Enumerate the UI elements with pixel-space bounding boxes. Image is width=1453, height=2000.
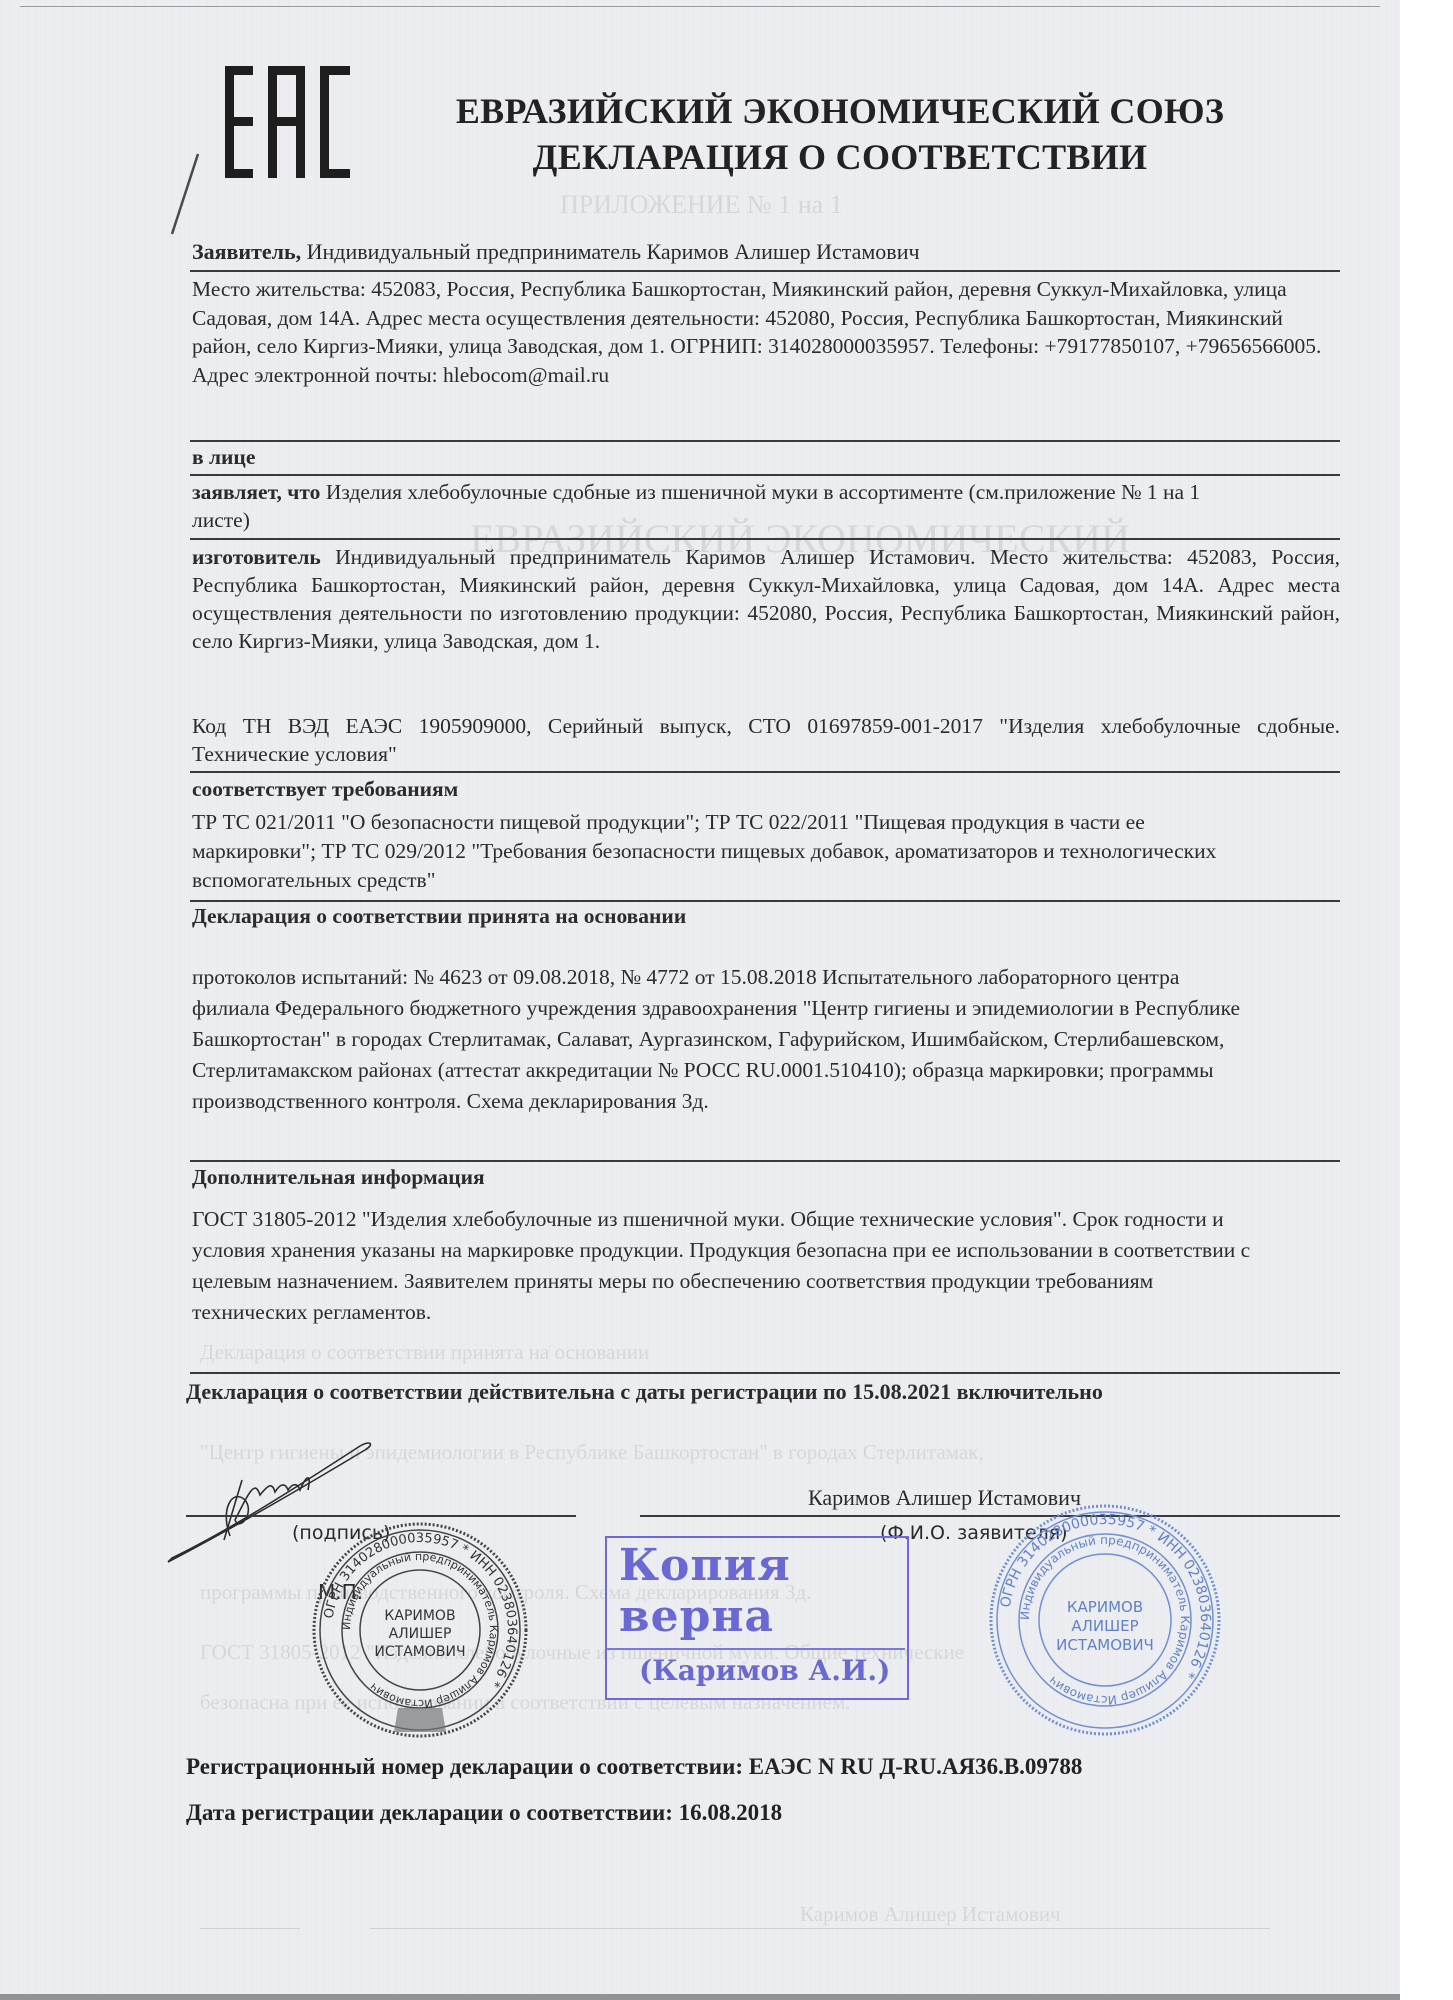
declares-row: заявляет, что Изделия хлебобулочные сдоб… — [192, 478, 1252, 534]
title-union: ЕВРАЗИЙСКИЙ ЭКОНОМИЧЕСКИЙ СОЮЗ — [420, 88, 1260, 134]
signature-line — [186, 1515, 576, 1517]
svg-text:КАРИМОВ: КАРИМОВ — [384, 1608, 455, 1624]
document-title: ЕВРАЗИЙСКИЙ ЭКОНОМИЧЕСКИЙ СОЮЗ ДЕКЛАРАЦИ… — [420, 88, 1260, 180]
company-seal-blue: ОГРН 314028000035957 * ИНН 023803640126 … — [985, 1500, 1225, 1740]
complies-value: ТР ТС 021/2011 "О безопасности пищевой п… — [192, 808, 1252, 895]
manufacturer-code: Код ТН ВЭД ЕАЭС 1905909000, Серийный вып… — [192, 712, 1340, 768]
manufacturer-label: изготовитель — [192, 545, 321, 569]
applicant-address-text: Место жительства: 452083, Россия, Респуб… — [192, 275, 1340, 361]
applicant-email: Адрес электронной почты: hlebocom@mail.r… — [192, 361, 1340, 390]
basis-value: протоколов испытаний: № 4623 от 09.08.20… — [192, 962, 1252, 1117]
additional-label: Дополнительная информация — [192, 1163, 1340, 1191]
manufacturer-value: Индивидуальный предприниматель Каримов А… — [192, 545, 1340, 653]
divider — [190, 538, 1340, 540]
svg-text:ИСТАМОВИЧ: ИСТАМОВИЧ — [374, 1644, 465, 1660]
svg-text:КАРИМОВ: КАРИМОВ — [1067, 1598, 1143, 1616]
copy-verified-title: Копия верна — [619, 1540, 907, 1642]
top-edge-rule — [20, 6, 1380, 7]
represented-by-label: в лице — [192, 443, 1340, 471]
svg-text:ИСТАМОВИЧ: ИСТАМОВИЧ — [1056, 1636, 1154, 1654]
applicant-label: Заявитель, — [192, 239, 301, 264]
basis-label: Декларация о соответствии принята на осн… — [192, 902, 1340, 930]
validity-text: Декларация о соответствии действительна … — [186, 1378, 1340, 1406]
pen-mark — [168, 150, 202, 238]
bleed-through-text: Каримов Алишер Истамович — [800, 1902, 1061, 1927]
eac-mark-icon — [225, 66, 350, 178]
registration-date: Дата регистрации декларации о соответств… — [186, 1800, 782, 1826]
company-seal-black: ОГРН 314028000035957 * ИНН 023803640126 … — [310, 1520, 530, 1740]
applicant-row: Заявитель, Индивидуальный предпринимател… — [192, 238, 1340, 266]
divider — [190, 1160, 1340, 1162]
copy-verified-stamp: Копия верна (Каримов А.И.) — [605, 1536, 909, 1700]
divider — [190, 771, 1340, 773]
bleed-through-text: Декларация о соответствии принята на осн… — [200, 1340, 649, 1365]
applicant-value: Индивидуальный предприниматель Каримов А… — [301, 239, 919, 264]
manufacturer-row: изготовитель Индивидуальный предпринимат… — [192, 543, 1340, 655]
bleed-through-text: ПРИЛОЖЕНИЕ № 1 на 1 — [560, 190, 843, 220]
svg-text:АЛИШЕР: АЛИШЕР — [1071, 1617, 1138, 1635]
applicant-address: Место жительства: 452083, Россия, Респуб… — [192, 275, 1340, 389]
title-declaration: ДЕКЛАРАЦИЯ О СООТВЕТСТВИИ — [420, 134, 1260, 180]
copy-stamp-name: (Каримов А.И.) — [639, 1654, 890, 1687]
divider — [190, 474, 1340, 476]
document-page: ПРИЛОЖЕНИЕ № 1 на 1 ЕВРАЗИЙСКИЙ ЭКОНОМИЧ… — [0, 0, 1400, 2000]
declares-value: Изделия хлебобулочные сдобные из пшеничн… — [192, 480, 1200, 532]
svg-text:АЛИШЕР: АЛИШЕР — [389, 1626, 452, 1642]
additional-value: ГОСТ 31805-2012 "Изделия хлебобулочные и… — [192, 1204, 1262, 1328]
registration-number: Регистрационный номер декларации о соотв… — [186, 1754, 1082, 1780]
divider — [190, 270, 1340, 272]
copy-stamp-line — [607, 1648, 905, 1650]
divider — [190, 1372, 1340, 1374]
complies-label: соответствует требованиям — [192, 775, 1340, 803]
divider — [190, 440, 1340, 442]
declares-label: заявляет, что — [192, 480, 320, 504]
eac-logo — [225, 66, 350, 178]
scanner-edge — [0, 1994, 1400, 2000]
bleed-through-line — [200, 1928, 300, 1929]
bleed-through-line — [370, 1928, 1270, 1929]
